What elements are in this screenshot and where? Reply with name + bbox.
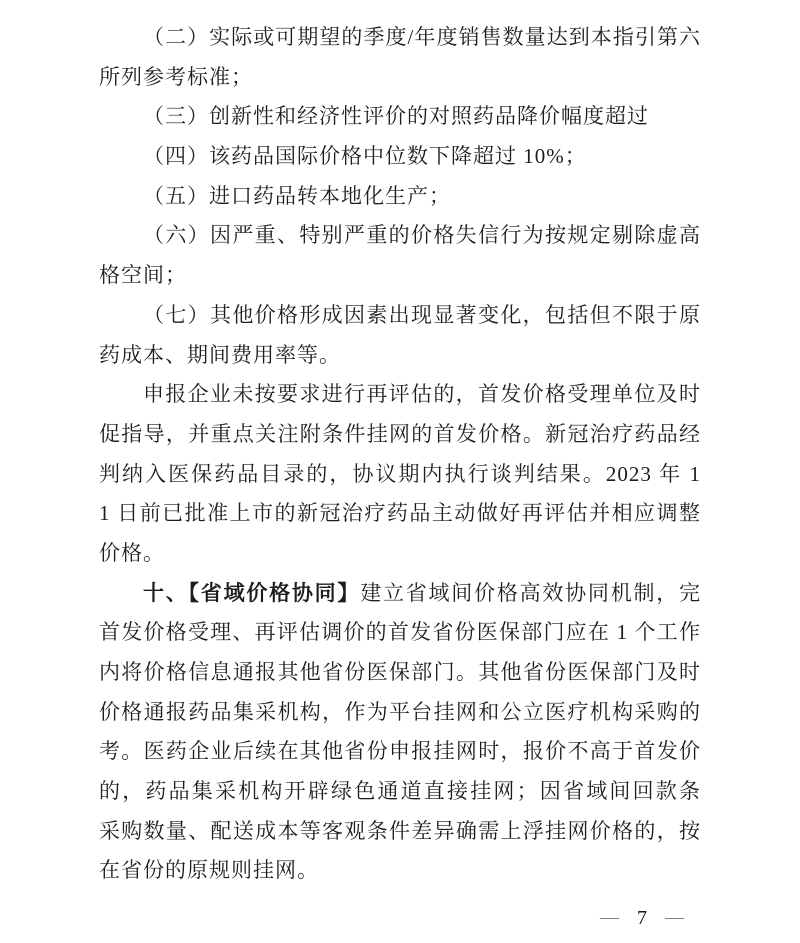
text-line: 判纳入医保药品目录的，协议期内执行谈判结果。2023 年 1 月 [99,455,701,495]
text-line: 考。医药企业后续在其他省份申报挂网时，报价不高于首发价格 [99,732,701,772]
text-line: 十、【省域价格协同】建立省域间价格高效协同机制，完成 [99,574,701,614]
body-text: 1 日前已批准上市的新冠治疗药品主动做好再评估并相应调整 [99,501,701,525]
body-text: 格空间； [99,263,187,287]
section-heading-text: 十、【省域价格协同】 [143,581,360,605]
body-text: 药成本、期间费用率等。 [99,343,341,367]
body-text: （二）实际或可期望的季度/年度销售数量达到本指引第六项 [99,25,701,58]
text-line: 1 日前已批准上市的新冠治疗药品主动做好再评估并相应调整 [99,494,701,534]
text-line: （六）因严重、特别严重的价格失信行为按规定剔除虚高价 [99,216,701,256]
body-text: 申报企业未按要求进行再评估的，首发价格受理单位及时督 [99,382,701,415]
body-text: 的，药品集采机构开辟绿色通道直接挂网；因省域间回款条件、 [99,779,701,812]
body-text: （六）因严重、特别严重的价格失信行为按规定剔除虚高价 [99,223,701,256]
document-page: （二）实际或可期望的季度/年度销售数量达到本指引第六项所列参考标准；（三）创新性… [0,0,800,943]
text-line: 价格通报药品集采机构，作为平台挂网和公立医疗机构采购的参 [99,693,701,733]
text-line: 在省份的原规则挂网。 [99,851,701,891]
text-line: （三）创新性和经济性评价的对照药品降价幅度超过 30%； [99,97,701,137]
text-line: （七）其他价格形成因素出现显著变化，包括但不限于原料 [99,296,701,336]
text-line: 内将价格信息通报其他省份医保部门。其他省份医保部门及时将 [99,653,701,693]
text-line: 首发价格受理、再评估调价的首发省份医保部门应在 1 个工作日 [99,613,701,653]
body-text: 考。医药企业后续在其他省份申报挂网时，报价不高于首发价格 [99,739,701,772]
body-text: 价格。 [99,541,165,565]
text-line: （五）进口药品转本地化生产； [99,177,701,217]
body-text: 促指导，并重点关注附条件挂网的首发价格。新冠治疗药品经谈 [99,422,701,455]
text-line: 药成本、期间费用率等。 [99,336,701,376]
document-body: （二）实际或可期望的季度/年度销售数量达到本指引第六项所列参考标准；（三）创新性… [99,18,701,891]
body-text: （五）进口药品转本地化生产； [143,184,451,208]
body-text: 在省份的原规则挂网。 [99,858,319,882]
body-text: 判纳入医保药品目录的，协议期内执行谈判结果。2023 年 1 月 [99,462,701,495]
body-text: （四）该药品国际价格中位数下降超过 10%； [143,144,587,168]
page-number: 7 [637,905,647,931]
body-text: 首发价格受理、再评估调价的首发省份医保部门应在 1 个工作日 [99,620,701,653]
text-line: 的，药品集采机构开辟绿色通道直接挂网；因省域间回款条件、 [99,772,701,812]
body-text: 内将价格信息通报其他省份医保部门。其他省份医保部门及时将 [99,660,701,693]
text-line: （二）实际或可期望的季度/年度销售数量达到本指引第六项 [99,18,701,58]
text-line: 价格。 [99,534,701,574]
page-footer: — 7 — [600,905,684,931]
text-line: 采购数量、配送成本等客观条件差异确需上浮挂网价格的，按所 [99,812,701,852]
text-line: 促指导，并重点关注附条件挂网的首发价格。新冠治疗药品经谈 [99,415,701,455]
body-text: （三）创新性和经济性评价的对照药品降价幅度超过 30%； [99,104,649,137]
text-line: 格空间； [99,256,701,296]
body-text: 价格通报药品集采机构，作为平台挂网和公立医疗机构采购的参 [99,700,701,733]
footer-dash-left: — [600,905,619,931]
body-text: 采购数量、配送成本等客观条件差异确需上浮挂网价格的，按所 [99,819,701,852]
text-line: 所列参考标准； [99,58,701,98]
body-text: （七）其他价格形成因素出现显著变化，包括但不限于原料 [99,303,701,336]
text-line: 申报企业未按要求进行再评估的，首发价格受理单位及时督 [99,375,701,415]
text-line: （四）该药品国际价格中位数下降超过 10%； [99,137,701,177]
footer-dash-right: — [665,905,684,931]
body-text: 所列参考标准； [99,65,253,89]
